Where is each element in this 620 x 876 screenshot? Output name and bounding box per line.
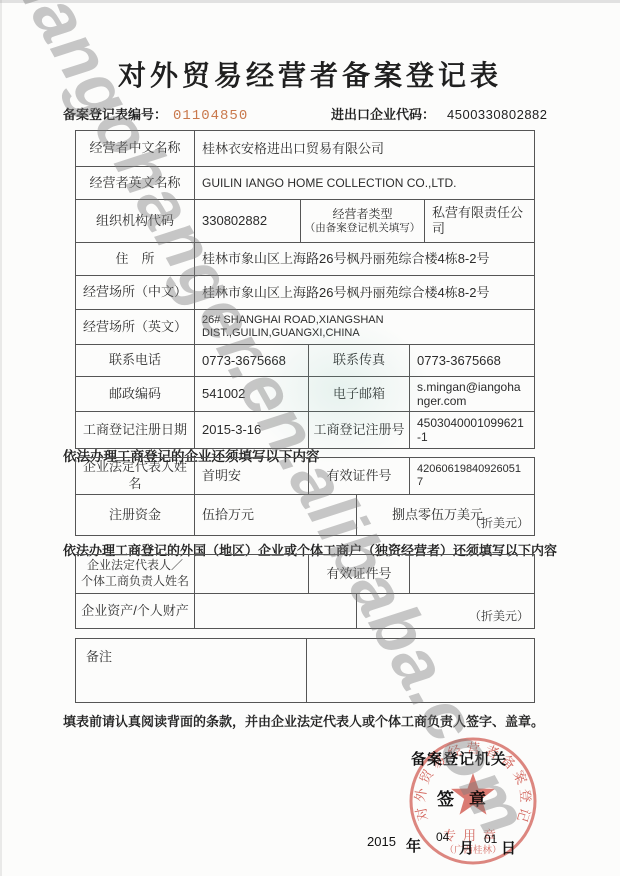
form-number-label: 备案登记表编号： bbox=[63, 107, 167, 122]
footer-notice: 填表前请认真阅读背面的条款，并由企业法定代表人或个体工商负责人签字、盖章。 bbox=[63, 711, 563, 730]
table-row: 经营场所（中文） 桂林市象山区上海路26号枫丹丽苑综合楼4栋8-2号 bbox=[76, 275, 534, 309]
table-row: 经营者中文名称 桂林衣安格进出口贸易有限公司 bbox=[76, 131, 534, 166]
field-label: 经营者类型 （由备案登记机关填写） bbox=[301, 200, 425, 242]
table-row: 经营者英文名称 GUILIN IANGO HOME COLLECTION CO.… bbox=[76, 166, 534, 199]
field-label: 工商登记注册号 bbox=[309, 412, 410, 448]
domestic-section-table: 企业法定代表人姓名 首明安 有效证件号 420606198409260517 注… bbox=[75, 457, 535, 536]
table-row: 住 所 桂林市象山区上海路26号枫丹丽苑综合楼4栋8-2号 bbox=[76, 242, 534, 275]
table-row: 组织机构代码 330802882 经营者类型 （由备案登记机关填写） 私营有限责… bbox=[76, 199, 534, 242]
scanned-registration-form: 对外贸易经营者备案登记表 备案登记表编号：01104850 进出口企业代码：45… bbox=[0, 0, 620, 876]
field-label: 经营者中文名称 bbox=[76, 131, 195, 166]
field-label-line: （由备案登记机关填写） bbox=[305, 222, 421, 235]
table-row: 经营场所（英文） 26# SHANGHAI ROAD,XIANGSHAN DIS… bbox=[76, 309, 534, 344]
field-value: s.mingan@iangohanger.com bbox=[410, 377, 534, 411]
table-row: 注册资金 伍拾万元 捌点零伍万美元 （折美元） bbox=[76, 494, 534, 535]
field-label: 企业法定代表人姓名 bbox=[76, 458, 195, 494]
date-year-unit: 年 bbox=[406, 835, 421, 856]
table-row: 企业法定代表人姓名 首明安 有效证件号 420606198409260517 bbox=[76, 458, 534, 494]
table-row: 企业资产/个人财产 （折美元） bbox=[76, 593, 534, 628]
field-value: 541002 bbox=[195, 377, 309, 411]
field-label: 注册资金 bbox=[76, 495, 195, 535]
page-title: 对外贸易经营者备案登记表 bbox=[70, 54, 550, 94]
remarks-box: 备注 bbox=[75, 638, 535, 703]
field-label-line: 企业法定代表人／ bbox=[87, 558, 183, 574]
field-value: 桂林衣安格进出口贸易有限公司 bbox=[195, 131, 534, 166]
table-row: 邮政编码 541002 电子邮箱 s.mingan@iangohanger.co… bbox=[76, 376, 534, 411]
field-value: 0773-3675668 bbox=[410, 345, 534, 376]
date-year: 2015 bbox=[367, 834, 396, 849]
table-row: 工商登记注册日期 2015-3-16 工商登记注册号 4503040001099… bbox=[76, 411, 534, 448]
field-label: 电子邮箱 bbox=[309, 377, 410, 411]
field-label: 企业法定代表人／ 个体工商负责人姓名 bbox=[76, 555, 195, 593]
ie-code-label: 进出口企业代码： bbox=[331, 107, 435, 122]
field-label: 联系电话 bbox=[76, 345, 195, 376]
date-day-unit: 日 bbox=[501, 837, 516, 858]
ie-code-value: 4500330802882 bbox=[447, 107, 548, 122]
field-value: 420606198409260517 bbox=[410, 458, 534, 494]
field-value: 私营有限责任公司 bbox=[425, 200, 534, 242]
ie-code-group: 进出口企业代码：4500330802882 bbox=[331, 104, 548, 123]
sign-seal-label: 签章 bbox=[437, 785, 486, 810]
field-value: 伍拾万元 bbox=[195, 495, 357, 535]
usd-conversion-note: （折美元） bbox=[469, 609, 529, 623]
field-label: 经营者英文名称 bbox=[76, 167, 195, 199]
scan-edge-left bbox=[0, 0, 2, 876]
field-value: 2015-3-16 bbox=[195, 412, 309, 448]
field-label: 经营场所（中文） bbox=[76, 276, 195, 309]
field-label: 联系传真 bbox=[309, 345, 410, 376]
field-value-usd: （折美元） bbox=[357, 594, 534, 628]
field-label: 有效证件号 bbox=[309, 458, 410, 494]
table-row: 联系电话 0773-3675668 联系传真 0773-3675668 bbox=[76, 344, 534, 376]
field-value bbox=[195, 594, 357, 628]
field-label: 有效证件号 bbox=[309, 555, 410, 593]
field-value: 桂林市象山区上海路26号枫丹丽苑综合楼4栋8-2号 bbox=[195, 243, 534, 275]
field-label: 组织机构代码 bbox=[76, 200, 195, 242]
field-label-line: 个体工商负责人姓名 bbox=[81, 574, 189, 590]
form-number-value: 01104850 bbox=[173, 108, 248, 124]
scan-edge-top bbox=[0, 0, 620, 3]
seal-char: 章 bbox=[469, 790, 486, 809]
remarks-empty-area bbox=[307, 639, 534, 702]
field-label-line: 经营者类型 bbox=[332, 207, 392, 222]
date-day: 01 bbox=[484, 832, 497, 846]
form-number-group: 备案登记表编号：01104850 bbox=[63, 104, 248, 124]
field-value: 26# SHANGHAI ROAD,XIANGSHAN DIST.,GUILIN… bbox=[195, 310, 534, 344]
registration-authority-label: 备案登记机关 bbox=[411, 748, 507, 769]
field-value: 桂林市象山区上海路26号枫丹丽苑综合楼4栋8-2号 bbox=[195, 276, 534, 309]
field-value bbox=[195, 555, 309, 593]
field-value: 0773-3675668 bbox=[195, 345, 309, 376]
usd-conversion-note: （折美元） bbox=[469, 516, 529, 530]
field-value: GUILIN IANGO HOME COLLECTION CO.,LTD. bbox=[195, 167, 534, 199]
field-value: 4503040001099621-1 bbox=[410, 412, 534, 448]
field-value-usd: 捌点零伍万美元 （折美元） bbox=[357, 495, 534, 535]
field-value bbox=[410, 555, 534, 593]
date-month: 04 bbox=[436, 830, 449, 844]
foreign-section-table: 企业法定代表人／ 个体工商负责人姓名 有效证件号 企业资产/个人财产 （折美元） bbox=[75, 554, 535, 629]
field-label: 经营场所（英文） bbox=[76, 310, 195, 344]
main-info-table: 经营者中文名称 桂林衣安格进出口贸易有限公司 经营者英文名称 GUILIN IA… bbox=[75, 130, 535, 449]
field-label: 工商登记注册日期 bbox=[76, 412, 195, 448]
field-label: 企业资产/个人财产 bbox=[76, 594, 195, 628]
table-row: 企业法定代表人／ 个体工商负责人姓名 有效证件号 bbox=[76, 555, 534, 593]
field-value: 首明安 bbox=[195, 458, 309, 494]
date-month-unit: 月 bbox=[459, 837, 474, 858]
field-label: 住 所 bbox=[76, 243, 195, 275]
remarks-label: 备注 bbox=[76, 639, 307, 702]
field-label: 邮政编码 bbox=[76, 377, 195, 411]
sign-char: 签 bbox=[437, 790, 454, 809]
field-value: 330802882 bbox=[195, 200, 301, 242]
